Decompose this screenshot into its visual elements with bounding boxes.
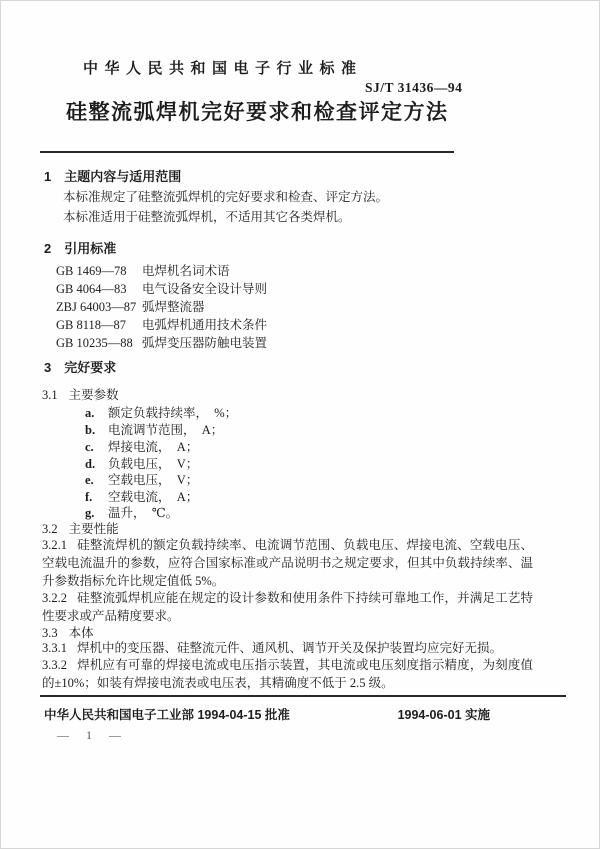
header-divider [40, 151, 454, 153]
item-text: 焊接电流， A； [108, 440, 198, 454]
reference-row: ZBJ 64003—87弧焊整流器 [56, 298, 205, 316]
clause-text: 硅整流弧焊机应能在规定的设计参数和使用条件下持续可靠地工作，并满足工艺特性要求或… [42, 591, 533, 623]
list-item: e.空载电压， V； [85, 471, 198, 489]
item-label: e. [85, 471, 108, 489]
reference-name: 电弧焊机通用技术条件 [142, 318, 267, 332]
reference-name: 电气设备安全设计导则 [142, 282, 267, 296]
section-title: 完好要求 [64, 360, 116, 375]
list-item: a.额定负载持续率， %； [85, 404, 237, 422]
list-item: c.焊接电流， A； [85, 438, 198, 456]
reference-code: GB 4064—83 [56, 280, 142, 298]
clause-3-2-2-paragraph: 3.2.2硅整流弧焊机应能在规定的设计参数和使用条件下持续可靠地工作，并满足工艺… [42, 589, 533, 625]
item-text: 电流调节范围， A； [108, 423, 223, 437]
section-2-heading: 2引用标准 [44, 238, 116, 257]
section-title: 主题内容与适用范围 [64, 169, 181, 184]
reference-code: GB 1469—78 [56, 262, 142, 280]
clause-title: 主要参数 [69, 388, 119, 402]
reference-name: 弧焊整流器 [142, 300, 205, 314]
list-item: b.电流调节范围， A； [85, 421, 223, 439]
document-title: 硅整流弧焊机完好要求和检查评定方法 [66, 96, 449, 126]
implementation-line: 1994-06-01 实施 [398, 705, 490, 723]
item-text: 空载电流， A； [108, 490, 198, 504]
clause-title: 主要性能 [69, 522, 119, 536]
standard-number: SJ/T 31436—94 [365, 80, 462, 96]
clause-3-2-heading: 3.2主要性能 [42, 519, 119, 537]
clause-3-3-2-paragraph: 3.3.2焊机应有可靠的焊接电流或电压指示装置，其电流或电压刻度指示精度，为刻度… [42, 656, 533, 692]
footer-divider [40, 695, 566, 697]
standard-org-line: 中华人民共和国电子行业标准 [83, 57, 363, 78]
approval-line: 中华人民共和国电子工业部 1994-04-15 批准 [44, 705, 290, 723]
clause-text: 焊机应有可靠的焊接电流或电压指示装置，其电流或电压刻度指示精度，为刻度值的±10… [42, 658, 533, 690]
reference-row: GB 8118—87电弧焊机通用技术条件 [56, 316, 267, 334]
clause-3-3-1-paragraph: 3.3.1焊机中的变压器、硅整流元件、通风机、调节开关及保护装置均应完好无损。 [42, 639, 533, 657]
section-3-heading: 3完好要求 [44, 357, 116, 376]
clause-number: 3.3.2 [42, 658, 67, 672]
reference-name: 电焊机名词术语 [142, 264, 230, 278]
clause-number: 3.2.2 [42, 591, 67, 605]
reference-code: GB 8118—87 [56, 316, 142, 334]
item-label: b. [85, 421, 108, 439]
clause-number: 3.3.1 [42, 641, 67, 655]
section-title: 引用标准 [64, 241, 116, 256]
clause-text: 硅整流焊机的额定负载持续率、电流调节范围、负载电压、焊接电流、空载电压、空载电流… [42, 538, 533, 588]
section-number: 1 [44, 169, 51, 184]
item-label: c. [85, 438, 108, 456]
section-number: 3 [44, 360, 51, 375]
item-text: 温升， ℃。 [108, 506, 178, 520]
scope-paragraph-2: 本标准适用于硅整流弧焊机，不适用其它各类焊机。 [63, 208, 351, 226]
clause-title: 本体 [69, 626, 94, 640]
section-1-heading: 1主题内容与适用范围 [44, 166, 181, 185]
reference-code: ZBJ 64003—87 [56, 298, 142, 316]
clause-3-1-heading: 3.1主要参数 [42, 385, 119, 403]
item-label: a. [85, 404, 108, 422]
reference-row: GB 10235—88弧焊变压器防触电装置 [56, 334, 267, 352]
item-text: 额定负载持续率， %； [108, 406, 237, 420]
clause-number: 3.2 [42, 522, 58, 537]
clause-number: 3.1 [42, 388, 58, 403]
reference-row: GB 4064—83电气设备安全设计导则 [56, 280, 267, 298]
scope-paragraph-1: 本标准规定了硅整流弧焊机的完好要求和检查、评定方法。 [63, 188, 388, 206]
clause-3-2-1-paragraph: 3.2.1硅整流焊机的额定负载持续率、电流调节范围、负载电压、焊接电流、空载电压… [42, 536, 533, 590]
reference-row: GB 1469—78电焊机名词术语 [56, 262, 230, 280]
section-number: 2 [44, 241, 51, 256]
item-text: 空载电压， V； [108, 473, 198, 487]
reference-name: 弧焊变压器防触电装置 [142, 336, 267, 350]
document-page: 中华人民共和国电子行业标准 SJ/T 31436—94 硅整流弧焊机完好要求和检… [0, 0, 600, 849]
clause-text: 焊机中的变压器、硅整流元件、通风机、调节开关及保护装置均应完好无损。 [77, 641, 502, 655]
clause-number: 3.2.1 [42, 538, 67, 552]
item-text: 负载电压， V； [108, 457, 198, 471]
page-number: — 1 — [57, 728, 121, 743]
reference-code: GB 10235—88 [56, 334, 142, 352]
